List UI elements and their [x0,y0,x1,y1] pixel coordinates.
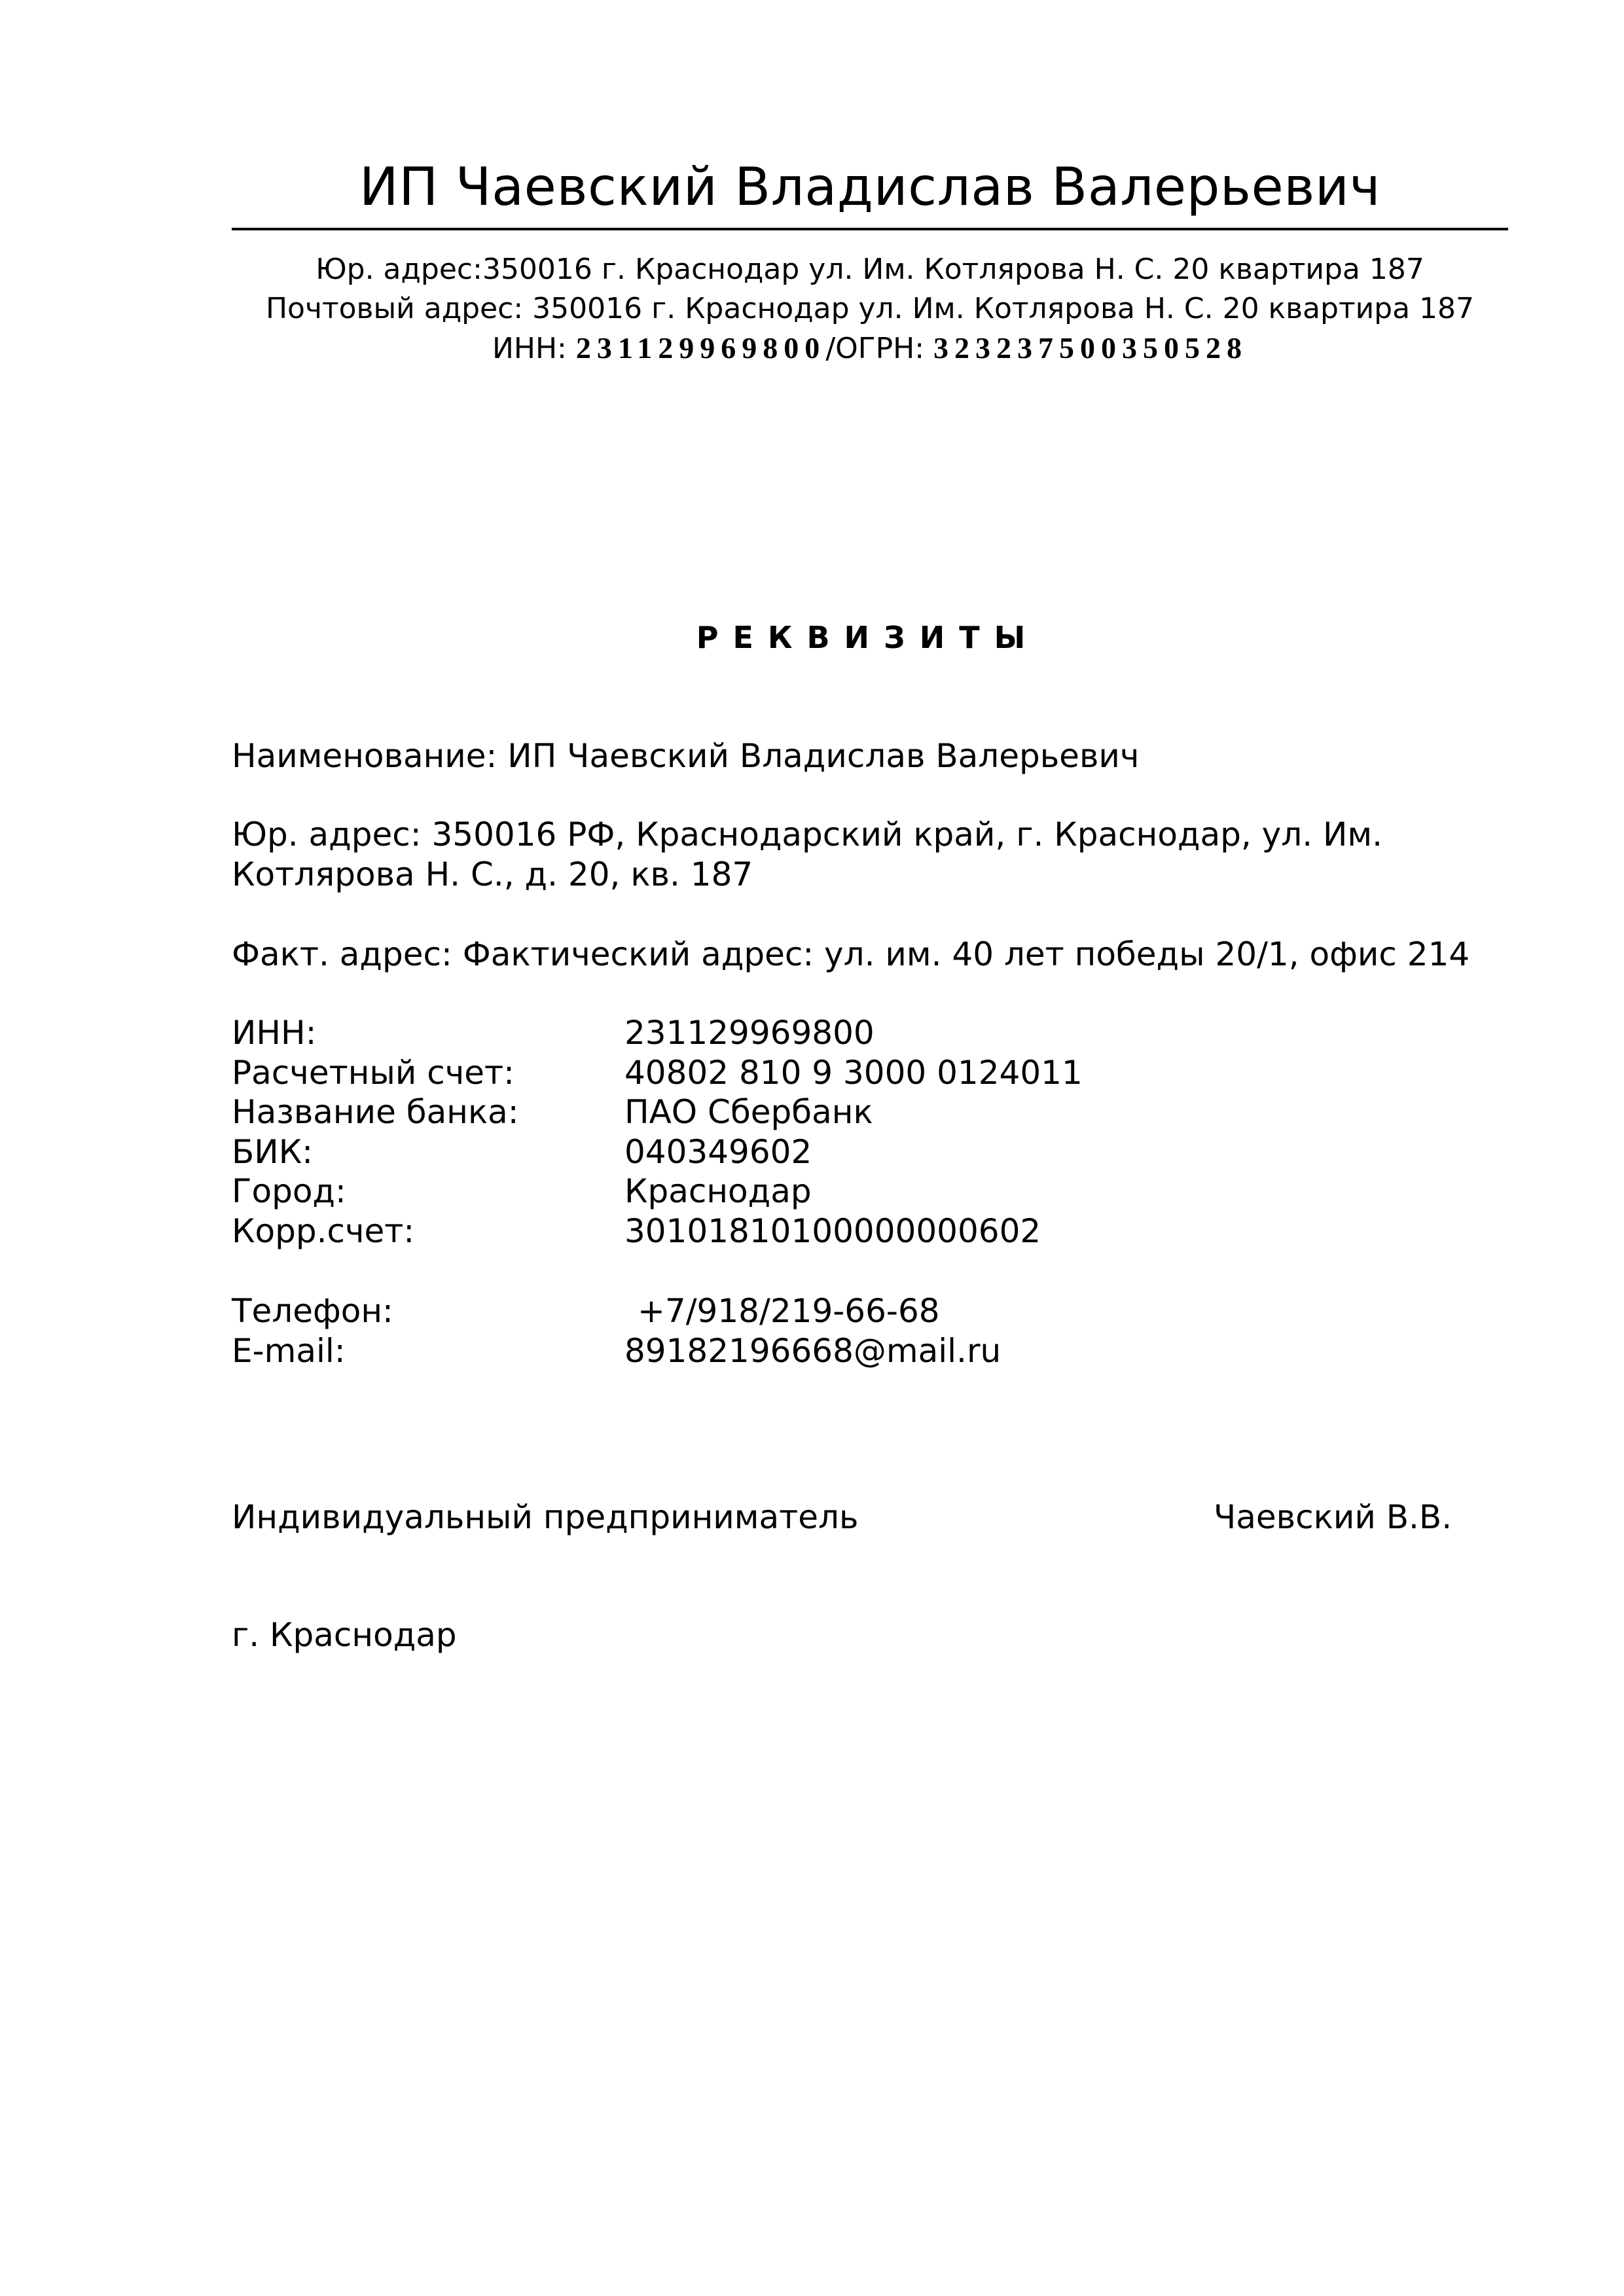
requisite-label: ИНН: [232,1013,624,1053]
letterhead-title: ИП Чаевский Владислав Валерьевич [232,154,1508,220]
email-value: 89182196668@mail.ru [624,1331,1001,1371]
signature-name: Чаевский В.В. [1214,1498,1452,1537]
signature-position: Индивидуальный предприниматель [232,1498,858,1537]
requisite-value: 30101810100000000602 [624,1211,1083,1251]
requisite-value: 231129969800 [624,1013,1083,1053]
contact-row-phone: Телефон: +7/918/219-66-68 [232,1291,1001,1331]
legal-address-block: Юр. адрес: 350016 РФ, Краснодарский край… [232,815,1382,895]
email-label: E-mail: [232,1331,624,1371]
requisite-value: 40802 810 9 3000 0124011 [624,1053,1083,1093]
legal-address-line-2: Котлярова Н. С., д. 20, кв. 187 [232,855,1382,895]
actual-address-line: Факт. адрес: Фактический адрес: ул. им. … [232,935,1470,975]
requisite-row: Корр.счет:30101810100000000602 [232,1211,1083,1251]
document-city: г. Краснодар [232,1615,457,1655]
requisite-row: ИНН:231129969800 [232,1013,1083,1053]
requisite-value: 040349602 [624,1132,1083,1172]
letterhead-postal-address: Почтовый адрес: 350016 г. Краснодар ул. … [232,289,1508,329]
letterhead-divider [232,228,1508,230]
letterhead-ogrn-value: 323237500350528 [933,331,1248,365]
letterhead-inn-value: 231129969800 [576,331,825,365]
phone-label: Телефон: [232,1291,624,1331]
phone-value: +7/918/219-66-68 [624,1291,1001,1331]
requisite-value: Краснодар [624,1172,1083,1211]
legal-address-line-1: Юр. адрес: 350016 РФ, Краснодарский край… [232,815,1382,855]
letterhead-separator: / [825,332,835,365]
requisite-label: Расчетный счет: [232,1053,624,1093]
requisite-value: ПАО Сбербанк [624,1092,1083,1132]
requisite-label: Корр.счет: [232,1211,624,1251]
requisite-label: Название банка: [232,1092,624,1132]
company-name-line: Наименование: ИП Чаевский Владислав Вале… [232,736,1139,776]
requisite-label: Город: [232,1172,624,1211]
requisites-table: ИНН:231129969800Расчетный счет:40802 810… [232,1013,1083,1251]
document-page: ИП Чаевский Владислав Валерьевич Юр. адр… [0,0,1624,2296]
document-heading: РЕКВИЗИТЫ [0,618,1624,657]
letterhead-ogrn-label: ОГРН: [835,332,933,365]
requisite-label: БИК: [232,1132,624,1172]
letterhead-ids: ИНН: 231129969800/ОГРН: 323237500350528 [232,329,1508,368]
requisite-row: БИК:040349602 [232,1132,1083,1172]
contact-row-email: E-mail: 89182196668@mail.ru [232,1331,1001,1371]
requisite-row: Расчетный счет:40802 810 9 3000 0124011 [232,1053,1083,1093]
letterhead-inn-label: ИНН: [492,332,576,365]
letterhead-legal-address: Юр. адрес:350016 г. Краснодар ул. Им. Ко… [232,250,1508,289]
requisite-row: Город:Краснодар [232,1172,1083,1211]
requisite-row: Название банка:ПАО Сбербанк [232,1092,1083,1132]
letterhead-details: Юр. адрес:350016 г. Краснодар ул. Им. Ко… [232,250,1508,368]
contacts-table: Телефон: +7/918/219-66-68 E-mail: 891821… [232,1291,1001,1371]
